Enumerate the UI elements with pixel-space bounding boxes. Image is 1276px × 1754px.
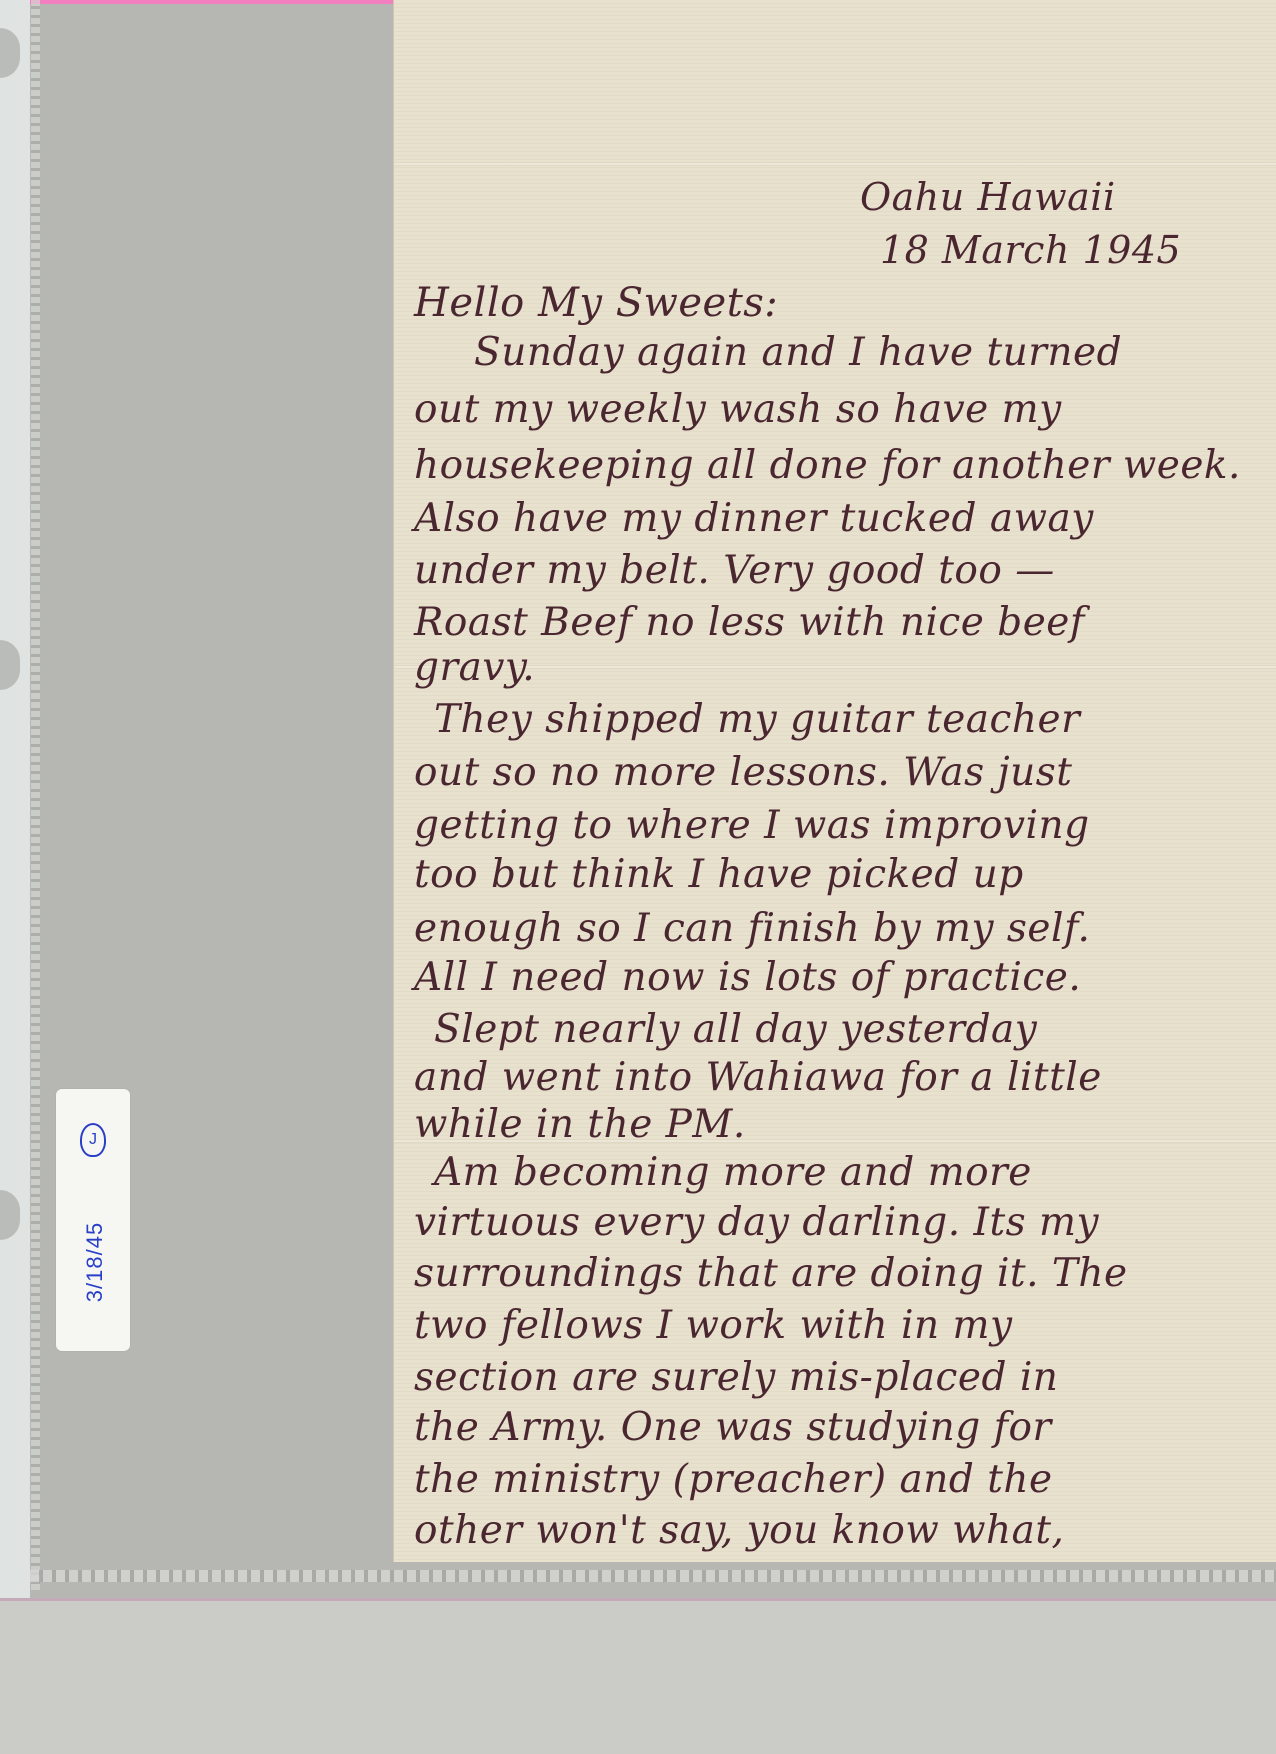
- scanner-background: [0, 1601, 1276, 1754]
- letter-date: 18 March 1945: [880, 228, 1181, 272]
- letter-line: while in the PM.: [414, 1102, 746, 1147]
- index-label-date: 3/18/45: [82, 1207, 108, 1317]
- letter-line: surroundings that are doing it. The: [414, 1251, 1128, 1296]
- letter-line: They shipped my guitar teacher: [434, 697, 1080, 742]
- letter-line: Also have my dinner tucked away: [414, 496, 1094, 541]
- binder-strip: [0, 0, 30, 1600]
- letter-line: out so no more lessons. Was just: [414, 750, 1072, 795]
- letter-line: Roast Beef no less with nice beef: [414, 600, 1085, 645]
- letter-line: other won't say, you know what,: [414, 1508, 1064, 1553]
- letter-line: section are surely mis-placed in: [414, 1355, 1058, 1400]
- letter-line: Am becoming more and more: [434, 1150, 1032, 1195]
- letter-line: the Army. One was studying for: [414, 1405, 1052, 1450]
- letter-line: gravy.: [414, 645, 535, 690]
- letter-place: Oahu Hawaii: [860, 175, 1116, 219]
- letter-line: the ministry (preacher) and the: [414, 1457, 1053, 1502]
- index-label-letter: J: [80, 1123, 106, 1157]
- letter-line: housekeeping all done for another week.: [414, 443, 1241, 488]
- letter-greeting: Hello My Sweets:: [414, 280, 778, 326]
- letter-line: enough so I can finish by my self.: [414, 906, 1090, 951]
- binder-hole: [0, 640, 20, 690]
- letter-line: Slept nearly all day yesterday: [434, 1007, 1037, 1052]
- letter-line: out my weekly wash so have my: [414, 387, 1062, 432]
- letter-page: Oahu Hawaii 18 March 1945 Hello My Sweet…: [394, 0, 1276, 1562]
- letter-line: getting to where I was improving: [414, 803, 1090, 848]
- letter-line: two fellows I work with in my: [414, 1303, 1013, 1348]
- letter-line: and went into Wahiawa for a little: [414, 1055, 1102, 1100]
- letter-line: Sunday again and I have turned: [474, 330, 1122, 375]
- binder-hole: [0, 1190, 20, 1240]
- index-label: J 3/18/45: [56, 1089, 130, 1351]
- letter-line: under my belt. Very good too —: [414, 548, 1055, 593]
- protector-perforation-horizontal: [30, 1570, 1276, 1582]
- letter-line: virtuous every day darling. Its my: [414, 1200, 1099, 1245]
- paper-fold: [394, 162, 1276, 166]
- protector-perforation-vertical: [31, 0, 40, 1590]
- letter-line: too but think I have picked up: [414, 852, 1024, 897]
- binder-hole: [0, 28, 20, 78]
- letter-line: All I need now is lots of practice.: [414, 955, 1081, 1000]
